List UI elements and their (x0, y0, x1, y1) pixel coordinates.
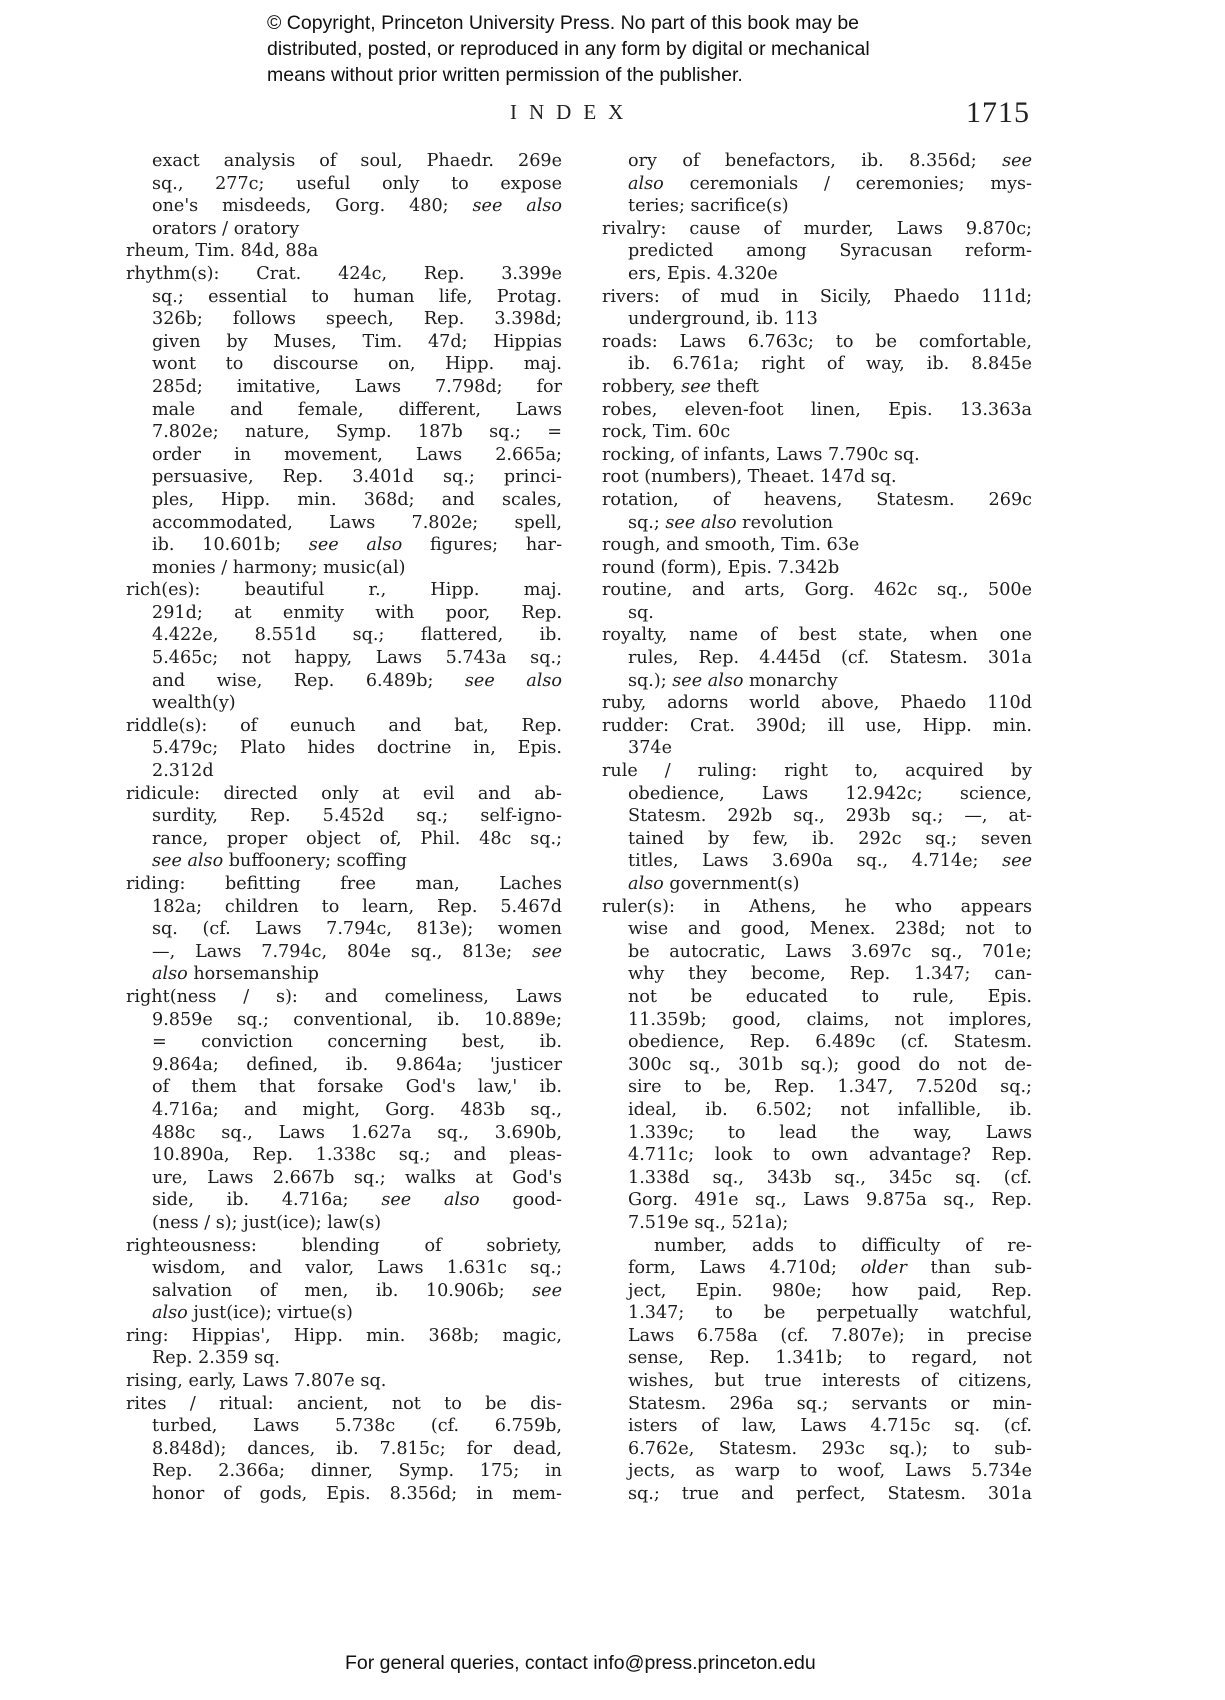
index-entry-line: one's misdeeds, Gorg. 480; see also (126, 195, 562, 218)
index-entry-line: 6.762e, Statesm. 293c sq.); to sub- (602, 1438, 1032, 1461)
index-entry-line: Statesm. 292b sq., 293b sq.; —, at- (602, 805, 1032, 828)
index-entry-line: why they become, Rep. 1.347; can- (602, 963, 1032, 986)
index-entry-line: sire to be, Rep. 1.347, 7.520d sq.; (602, 1076, 1032, 1099)
index-entry-line: tained by few, ib. 292c sq.; seven (602, 828, 1032, 851)
index-entry-line: 4.716a; and might, Gorg. 483b sq., (126, 1099, 562, 1122)
index-column-left: exact analysis of soul, Phaedr. 269esq.,… (126, 150, 562, 1506)
index-entry-line: Statesm. 296a sq.; servants or min- (602, 1393, 1032, 1416)
index-entry-line: sq.; essential to human life, Protag. (126, 286, 562, 309)
index-entry-line: see also buffoonery; scoffing (126, 850, 562, 873)
index-entry-line: ib. 6.761a; right of way, ib. 8.845e (602, 353, 1032, 376)
index-entry-line: jects, as warp to woof, Laws 5.734e (602, 1460, 1032, 1483)
index-entry-line: obedience, Laws 12.942c; science, (602, 783, 1032, 806)
index-entry-line: ure, Laws 2.667b sq.; walks at God's (126, 1167, 562, 1190)
index-entry-line: 1.339c; to lead the way, Laws (602, 1122, 1032, 1145)
index-entry-line: 488c sq., Laws 1.627a sq., 3.690b, (126, 1122, 562, 1145)
page-number: 1715 (966, 96, 1030, 130)
index-entry-line: orators / oratory (126, 218, 562, 241)
index-entry-line: and wise, Rep. 6.489b; see also (126, 670, 562, 693)
index-entry-line: ers, Epis. 4.320e (602, 263, 1032, 286)
index-entry-headword-line: rule / ruling: right to, acquired by (602, 760, 1032, 783)
index-entry-line: rance, proper object of, Phil. 48c sq.; (126, 828, 562, 851)
index-entry-line: isters of law, Laws 4.715c sq. (cf. (602, 1415, 1032, 1438)
index-entry-line: (ness / s); just(ice); law(s) (126, 1212, 562, 1235)
index-entry-line: wishes, but true interests of citizens, (602, 1370, 1032, 1393)
index-entry-line: 1.347; to be perpetually watchful, (602, 1302, 1032, 1325)
index-entry-line: also ceremonials / ceremonies; mys- (602, 173, 1032, 196)
index-entry-headword-line: rising, early, Laws 7.807e sq. (126, 1370, 562, 1393)
index-entry-line: not be educated to rule, Epis. (602, 986, 1032, 1009)
index-entry-headword-line: rhythm(s): Crat. 424c, Rep. 3.399e (126, 263, 562, 286)
index-entry-line: 1.338d sq., 343b sq., 345c sq. (cf. (602, 1167, 1032, 1190)
index-entry-line: 5.479c; Plato hides doctrine in, Epis. (126, 737, 562, 760)
index-entry-headword-line: rock, Tim. 60c (602, 421, 1032, 444)
index-entry-headword-line: rites / ritual: ancient, not to be dis- (126, 1393, 562, 1416)
index-entry-headword-line: royalty, name of best state, when one (602, 624, 1032, 647)
index-entry-line: obedience, Rep. 6.489c (cf. Statesm. (602, 1031, 1032, 1054)
index-entry-line: sq.); see also monarchy (602, 670, 1032, 693)
index-entry-line: —, Laws 7.794c, 804e sq., 813e; see (126, 941, 562, 964)
index-entry-line: wisdom, and valor, Laws 1.631c sq.; (126, 1257, 562, 1280)
index-entry-line: form, Laws 4.710d; older than sub- (602, 1257, 1032, 1280)
index-entry-line: Laws 6.758a (cf. 7.807e); in precise (602, 1325, 1032, 1348)
index-entry-line: ib. 10.601b; see also figures; har- (126, 534, 562, 557)
index-entry-line: also government(s) (602, 873, 1032, 896)
index-entry-line: persuasive, Rep. 3.401d sq.; princi- (126, 466, 562, 489)
index-entry-line: 9.864a; defined, ib. 9.864a; 'justicer (126, 1054, 562, 1077)
index-entry-headword-line: rough, and smooth, Tim. 63e (602, 534, 1032, 557)
index-entry-headword-line: ridicule: directed only at evil and ab- (126, 783, 562, 806)
index-entry-line: ideal, ib. 6.502; not infallible, ib. (602, 1099, 1032, 1122)
index-entry-line: also horsemanship (126, 963, 562, 986)
index-entry-line: underground, ib. 113 (602, 308, 1032, 331)
index-entry-line: 7.519e sq., 521a); (602, 1212, 1032, 1235)
index-entry-headword-line: ring: Hippias', Hipp. min. 368b; magic, (126, 1325, 562, 1348)
index-entry-line: male and female, different, Laws (126, 399, 562, 422)
index-entry-line: sq.; see also revolution (602, 512, 1032, 535)
index-entry-line: 4.422e, 8.551d sq.; flattered, ib. (126, 624, 562, 647)
index-entry-line: Rep. 2.366a; dinner, Symp. 175; in (126, 1460, 562, 1483)
index-entry-line: monies / harmony; music(al) (126, 557, 562, 580)
index-entry-line: 5.465c; not happy, Laws 5.743a sq.; (126, 647, 562, 670)
copyright-notice: © Copyright, Princeton University Press.… (267, 10, 987, 88)
index-entry-headword-line: rocking, of infants, Laws 7.790c sq. (602, 444, 1032, 467)
index-entry-headword-line: rich(es): beautiful r., Hipp. maj. (126, 579, 562, 602)
index-entry-line: sq., 277c; useful only to expose (126, 173, 562, 196)
index-entry-line: surdity, Rep. 5.452d sq.; self-igno- (126, 805, 562, 828)
index-entry-line: order in movement, Laws 2.665a; (126, 444, 562, 467)
index-entry-headword-line: rotation, of heavens, Statesm. 269c (602, 489, 1032, 512)
index-entry-headword-line: robes, eleven-foot linen, Epis. 13.363a (602, 399, 1032, 422)
index-entry-headword-line: round (form), Epis. 7.342b (602, 557, 1032, 580)
index-entry-line: 8.848d); dances, ib. 7.815c; for dead, (126, 1438, 562, 1461)
index-entry-line: 300c sq., 301b sq.); good do not de- (602, 1054, 1032, 1077)
index-entry-line: rules, Rep. 4.445d (cf. Statesm. 301a (602, 647, 1032, 670)
index-entry-line: of them that forsake God's law,' ib. (126, 1076, 562, 1099)
index-entry-line: turbed, Laws 5.738c (cf. 6.759b, (126, 1415, 562, 1438)
index-entry-headword-line: routine, and arts, Gorg. 462c sq., 500e (602, 579, 1032, 602)
index-entry-headword-line: righteousness: blending of sobriety, (126, 1235, 562, 1258)
running-head: INDEX (510, 100, 635, 125)
index-entry-line: 9.859e sq.; conventional, ib. 10.889e; (126, 1009, 562, 1032)
index-entry-line: titles, Laws 3.690a sq., 4.714e; see (602, 850, 1032, 873)
footer-contact: For general queries, contact info@press.… (345, 1652, 816, 1675)
index-entry-line: given by Muses, Tim. 47d; Hippias (126, 331, 562, 354)
index-entry-headword-line: right(ness / s): and comeliness, Laws (126, 986, 562, 1009)
index-entry-line: Gorg. 491e sq., Laws 9.875a sq., Rep. (602, 1189, 1032, 1212)
index-entry-line: sq. (cf. Laws 7.794c, 813e); women (126, 918, 562, 941)
copyright-line: © Copyright, Princeton University Press.… (267, 10, 987, 36)
index-entry-line: be autocratic, Laws 3.697c sq., 701e; (602, 941, 1032, 964)
index-entry-line: number, adds to difficulty of re- (602, 1235, 1032, 1258)
index-entry-line: 374e (602, 737, 1032, 760)
index-entry-headword-line: riding: befitting free man, Laches (126, 873, 562, 896)
index-entry-line: predicted among Syracusan reform- (602, 240, 1032, 263)
index-entry-line: teries; sacrifice(s) (602, 195, 1032, 218)
index-entry-line: salvation of men, ib. 10.906b; see (126, 1280, 562, 1303)
index-entry-line: 2.312d (126, 760, 562, 783)
index-entry-line: wealth(y) (126, 692, 562, 715)
index-entry-headword-line: roads: Laws 6.763c; to be comfortable, (602, 331, 1032, 354)
copyright-line: means without prior written permission o… (267, 62, 987, 88)
index-entry-line: 291d; at enmity with poor, Rep. (126, 602, 562, 625)
index-entry-line: side, ib. 4.716a; see also good- (126, 1189, 562, 1212)
index-entry-line: 285d; imitative, Laws 7.798d; for (126, 376, 562, 399)
index-entry-headword-line: robbery, see theft (602, 376, 1032, 399)
index-entry-line: honor of gods, Epis. 8.356d; in mem- (126, 1483, 562, 1506)
index-entry-line: sense, Rep. 1.341b; to regard, not (602, 1347, 1032, 1370)
index-entry-headword-line: rudder: Crat. 390d; ill use, Hipp. min. (602, 715, 1032, 738)
index-entry-line: ory of benefactors, ib. 8.356d; see (602, 150, 1032, 173)
index-entry-line: ject, Epin. 980e; how paid, Rep. (602, 1280, 1032, 1303)
index-entry-line: Rep. 2.359 sq. (126, 1347, 562, 1370)
index-entry-line: sq.; true and perfect, Statesm. 301a (602, 1483, 1032, 1506)
copyright-line: distributed, posted, or reproduced in an… (267, 36, 987, 62)
index-entry-line: wise and good, Menex. 238d; not to (602, 918, 1032, 941)
index-entry-line: 7.802e; nature, Symp. 187b sq.; = (126, 421, 562, 444)
index-entry-line: 4.711c; look to own advantage? Rep. (602, 1144, 1032, 1167)
index-entry-headword-line: rheum, Tim. 84d, 88a (126, 240, 562, 263)
index-entry-headword-line: root (numbers), Theaet. 147d sq. (602, 466, 1032, 489)
index-entry-headword-line: rivalry: cause of murder, Laws 9.870c; (602, 218, 1032, 241)
index-entry-line: 182a; children to learn, Rep. 5.467d (126, 896, 562, 919)
index-entry-line: exact analysis of soul, Phaedr. 269e (126, 150, 562, 173)
index-entry-line: sq. (602, 602, 1032, 625)
index-entry-headword-line: ruby, adorns world above, Phaedo 110d (602, 692, 1032, 715)
index-entry-line: 10.890a, Rep. 1.338c sq.; and pleas- (126, 1144, 562, 1167)
index-entry-line: 11.359b; good, claims, not implores, (602, 1009, 1032, 1032)
index-entry-line: ples, Hipp. min. 368d; and scales, (126, 489, 562, 512)
index-entry-line: also just(ice); virtue(s) (126, 1302, 562, 1325)
index-entry-line: accommodated, Laws 7.802e; spell, (126, 512, 562, 535)
index-entry-headword-line: riddle(s): of eunuch and bat, Rep. (126, 715, 562, 738)
index-entry-line: wont to discourse on, Hipp. maj. (126, 353, 562, 376)
index-entry-headword-line: ruler(s): in Athens, he who appears (602, 896, 1032, 919)
index-entry-line: 326b; follows speech, Rep. 3.398d; (126, 308, 562, 331)
index-entry-headword-line: rivers: of mud in Sicily, Phaedo 111d; (602, 286, 1032, 309)
index-entry-line: = conviction concerning best, ib. (126, 1031, 562, 1054)
index-column-right: ory of benefactors, ib. 8.356d; seealso … (602, 150, 1032, 1506)
